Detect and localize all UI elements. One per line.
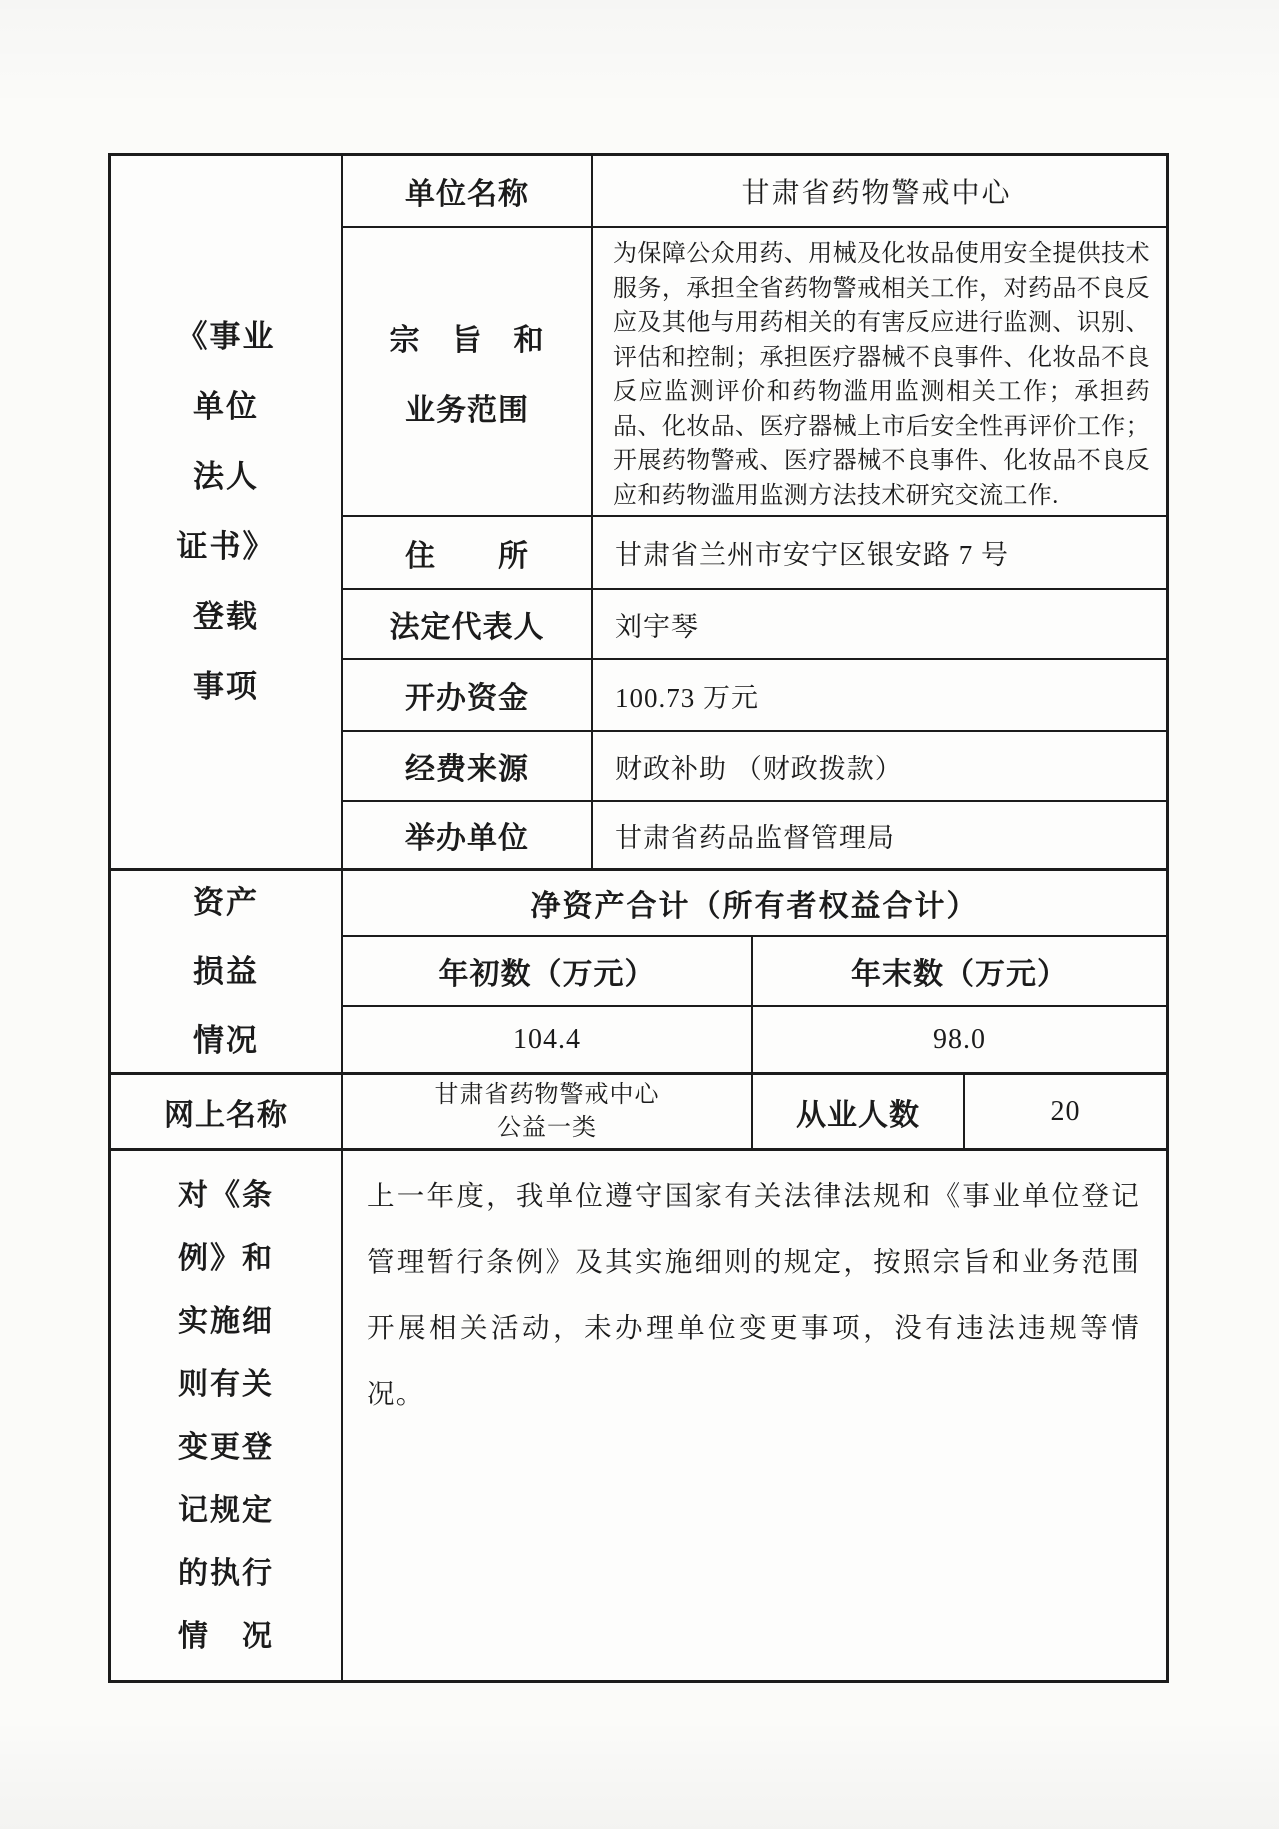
- compliance-statement-cell: 上一年度，我单位遵守国家有关法律法规和《事业单位登记管理暂行条例》及其实施细则的…: [341, 1151, 1166, 1680]
- certificate-items-section: 《事业 单位 法人 证书》 登载 事项 单位名称 甘肃省药物警戒中心 宗 旨 和…: [111, 156, 1166, 868]
- legal-representative-label: 法定代表人: [341, 588, 591, 658]
- side-line: 实施细: [178, 1290, 274, 1353]
- compliance-section: 对《条 例》和 实施细 则有关 变更登 记规定 的执行 情 况 上一年度，我单位…: [111, 1148, 1166, 1680]
- scanned-document-page: 《事业 单位 法人 证书》 登载 事项 单位名称 甘肃省药物警戒中心 宗 旨 和…: [0, 0, 1279, 1829]
- unit-name-label: 单位名称: [341, 156, 591, 226]
- compliance-side-label: 对《条 例》和 实施细 则有关 变更登 记规定 的执行 情 况: [111, 1151, 341, 1680]
- purpose-scope-text: 为保障公众用药、用械及化妆品使用安全提供技术服务，承担全省药物警戒相关工作，对药…: [613, 237, 1150, 513]
- side-line: 登载: [193, 582, 259, 652]
- unit-name-value: 甘肃省药物警戒中心: [591, 156, 1166, 226]
- side-line: 的执行: [178, 1542, 274, 1605]
- side-line: 单位: [193, 372, 259, 442]
- net-assets-header: 净资产合计（所有者权益合计）: [341, 871, 1166, 935]
- online-name-value: 甘肃省药物警戒中心 公益一类: [341, 1075, 751, 1148]
- startup-capital-label: 开办资金: [341, 658, 591, 730]
- online-name-line: 甘肃省药物警戒中心: [435, 1080, 660, 1110]
- annual-report-table: 《事业 单位 法人 证书》 登载 事项 单位名称 甘肃省药物警戒中心 宗 旨 和…: [108, 153, 1169, 1683]
- residence-value: 甘肃省兰州市安宁区银安路 7 号: [591, 515, 1166, 588]
- certificate-side-label: 《事业 单位 法人 证书》 登载 事项: [111, 156, 341, 868]
- year-end-value: 98.0: [751, 1005, 1166, 1072]
- staff-count-label: 从业人数: [751, 1075, 963, 1148]
- year-end-header: 年末数（万元）: [751, 935, 1166, 1005]
- side-line: 记规定: [178, 1479, 274, 1542]
- assets-section: 资产 损益 情况 净资产合计（所有者权益合计） 年初数（万元） 年末数（万元） …: [111, 868, 1166, 1072]
- year-begin-value: 104.4: [341, 1005, 751, 1072]
- purpose-label-line: 业务范围: [405, 385, 529, 429]
- organizer-label: 举办单位: [341, 800, 591, 868]
- side-line: 证书》: [177, 512, 276, 582]
- side-line: 法人: [193, 442, 259, 512]
- side-line: 例》和: [178, 1227, 274, 1290]
- purpose-scope-value: 为保障公众用药、用械及化妆品使用安全提供技术服务，承担全省药物警戒相关工作，对药…: [591, 226, 1166, 515]
- staff-count-value: 20: [963, 1075, 1166, 1148]
- side-line: 损益: [193, 937, 259, 1006]
- side-line: 事项: [193, 652, 259, 722]
- organizer-value: 甘肃省药品监督管理局: [591, 800, 1166, 868]
- residence-label: 住 所: [341, 515, 591, 588]
- funding-source-label: 经费来源: [341, 730, 591, 800]
- legal-representative-value: 刘宇琴: [591, 588, 1166, 658]
- compliance-statement: 上一年度，我单位遵守国家有关法律法规和《事业单位登记管理暂行条例》及其实施细则的…: [367, 1163, 1140, 1427]
- assets-side-label: 资产 损益 情况: [111, 871, 341, 1072]
- purpose-label-line: 宗 旨 和: [390, 315, 545, 359]
- side-line: 则有关: [178, 1353, 274, 1416]
- side-line: 《事业: [177, 302, 276, 372]
- year-begin-header: 年初数（万元）: [341, 935, 751, 1005]
- startup-capital-value: 100.73 万元: [591, 658, 1166, 730]
- online-name-line: 公益一类: [497, 1113, 597, 1143]
- side-line: 变更登: [178, 1416, 274, 1479]
- purpose-scope-label: 宗 旨 和 业务范围: [341, 226, 591, 515]
- side-line: 资产: [193, 871, 259, 937]
- side-line: 情 况: [178, 1605, 274, 1668]
- online-name-section: 网上名称 甘肃省药物警戒中心 公益一类 从业人数 20: [111, 1072, 1166, 1148]
- side-line: 情况: [193, 1006, 259, 1072]
- side-line: 对《条: [178, 1164, 274, 1227]
- online-name-label: 网上名称: [111, 1075, 341, 1148]
- funding-source-value: 财政补助 （财政拨款）: [591, 730, 1166, 800]
